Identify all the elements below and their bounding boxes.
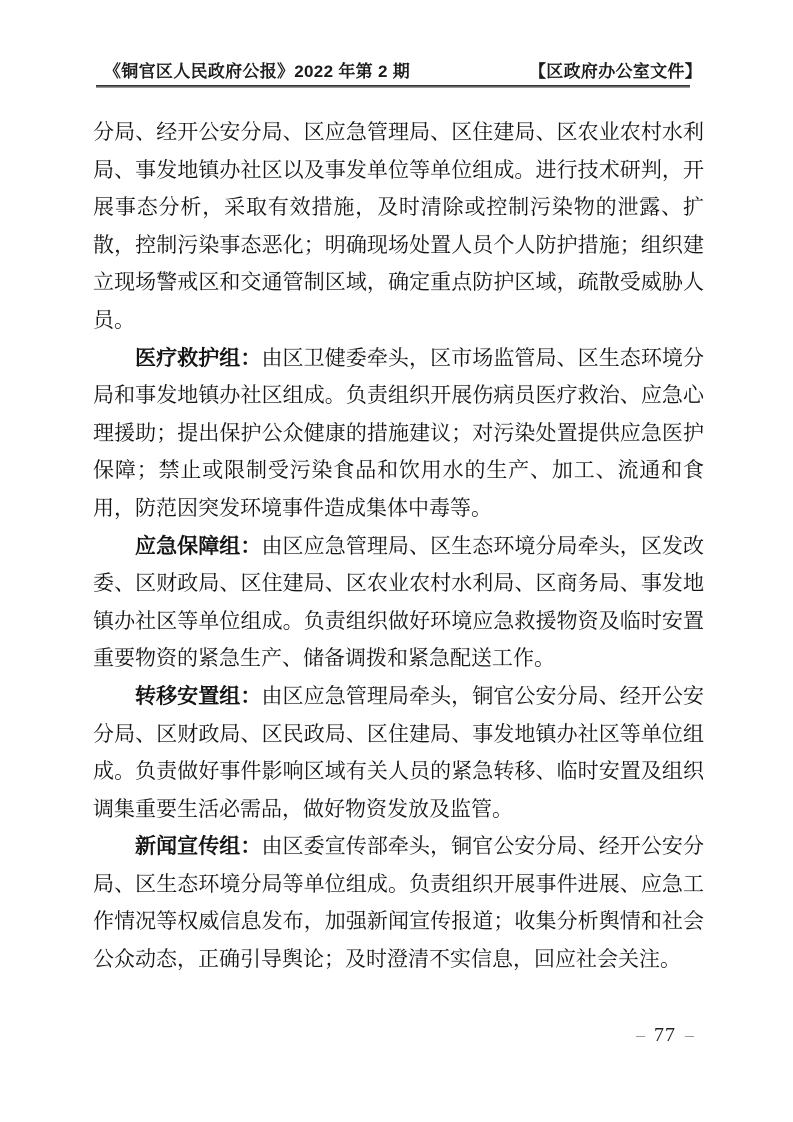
page-footer: –77– — [636, 1022, 694, 1048]
page-number: 77 — [654, 1024, 676, 1046]
footer-dash-right: – — [685, 1025, 694, 1045]
paragraph-news-publicity-group: 新闻宣传组：由区委宣传部牵头，铜官公安分局、经开公安分局、区生态环境分局等单位组… — [93, 828, 704, 978]
document-body: 分局、经开公安分局、区应急管理局、区住建局、区农业农村水利局、事发地镇办社区以及… — [93, 114, 704, 979]
group-label: 应急保障组： — [135, 535, 261, 558]
group-label: 转移安置组： — [135, 685, 261, 708]
paragraph-emergency-support-group: 应急保障组：由区应急管理局、区生态环境分局牵头，区发改委、区财政局、区住建局、区… — [93, 528, 704, 678]
gazette-page: 《铜官区人民政府公报》2022 年第 2 期 【区政府办公室文件】 分局、经开公… — [0, 0, 793, 1122]
paragraph-relocation-group: 转移安置组：由区应急管理局牵头，铜官公安分局、经开公安分局、区财政局、区民政局、… — [93, 678, 704, 828]
header-rule — [96, 85, 690, 88]
footer-dash-left: – — [636, 1025, 645, 1045]
document-category-tag: 【区政府办公室文件】 — [529, 57, 702, 82]
paragraph-medical-rescue-group: 医疗救护组：由区卫健委牵头，区市场监管局、区生态环境分局和事发地镇办社区组成。负… — [93, 340, 704, 528]
paragraph-continuation: 分局、经开公安分局、区应急管理局、区住建局、区农业农村水利局、事发地镇办社区以及… — [93, 114, 704, 340]
gazette-title: 《铜官区人民政府公报》2022 年第 2 期 — [104, 57, 410, 82]
paragraph-text: 由区卫健委牵头，区市场监管局、区生态环境分局和事发地镇办社区组成。负责组织开展伤… — [93, 346, 704, 520]
page-header: 《铜官区人民政府公报》2022 年第 2 期 【区政府办公室文件】 — [104, 57, 702, 82]
paragraph-text: 分局、经开公安分局、区应急管理局、区住建局、区农业农村水利局、事发地镇办社区以及… — [93, 120, 704, 332]
group-label: 医疗救护组： — [135, 347, 261, 370]
group-label: 新闻宣传组： — [135, 835, 261, 858]
